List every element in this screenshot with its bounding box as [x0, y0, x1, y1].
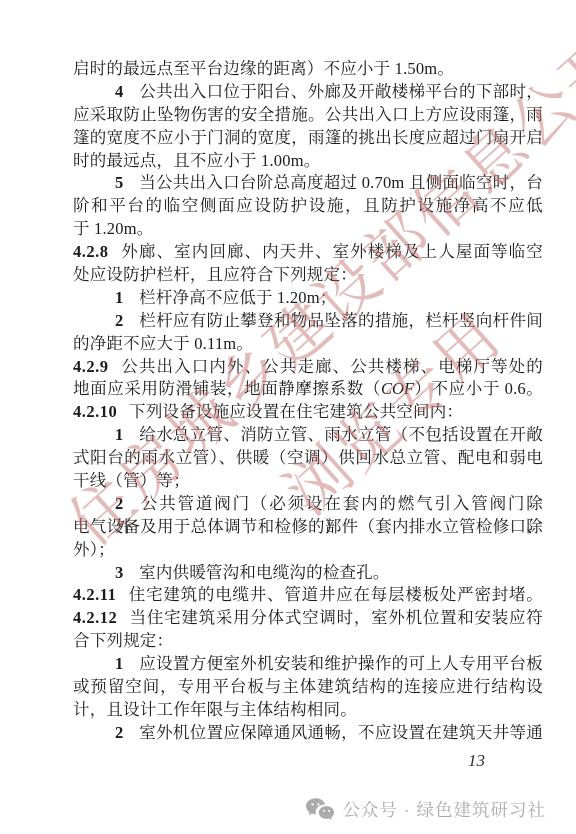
text-line: 1应设置方便室外机安装和维护操作的可上人专用平台板 [73, 653, 543, 676]
text-line: 式阳台的雨水立管）、供暖（空调）供回水总立管、配电和弱电 [73, 447, 543, 470]
text-line: 1给水总立管、消防立管、雨水立管（不包括设置在开敞 [73, 424, 543, 447]
text-line: 4.2.11住宅建筑的电缆井、管道井应在每层楼板处严密封堵。 [73, 584, 543, 607]
clause-number: 4.2.9 [73, 357, 109, 376]
text-line: 3室内供暖管沟和电缆沟的检查孔。 [73, 562, 543, 585]
clause-number: 4.2.11 [73, 585, 116, 604]
text-line: 2公共管道阀门（必须设在套内的燃气引入管阀门除外）、 [73, 493, 543, 516]
text-line: 的净距不应大于 0.11m。 [73, 333, 543, 356]
text-line: 4.2.8外廊、室内回廊、内天井、室外楼梯及上人屋面等临空 [73, 241, 543, 264]
clause-number: 3 [115, 563, 123, 582]
text-line: 外）； [73, 539, 543, 562]
clause-number: 5 [115, 173, 123, 192]
text-line: 计，且设计工作年限与主体结构相同。 [73, 699, 543, 722]
text-line: 4.2.10下列设备设施应设置在住宅建筑公共空间内： [73, 401, 543, 424]
clause-number: 4.2.12 [73, 608, 117, 627]
text-line: 篷的宽度不应小于门洞的宽度，雨篷的挑出长度应超过门扇开启 [73, 127, 543, 150]
clause-number: 4.2.8 [73, 242, 109, 261]
text-line: 处应设防护栏杆，且应符合下列规定： [73, 264, 543, 287]
text-block: 启时的最远点至平台边缘的距离）不应小于 1.50m。4公共出入口位于阳台、外廊及… [73, 58, 543, 745]
footer-label: 公众号 · 绿色建筑研习社 [342, 797, 546, 822]
document-page: 住房城乡建设部信息公开 浏览专用 启时的最远点至平台边缘的距离）不应小于 1.5… [0, 0, 576, 834]
page-number: 13 [468, 751, 485, 771]
text-line: 时的最远点，且不应小于 1.00m。 [73, 150, 543, 173]
text-line: 1栏杆净高不应低于 1.20m； [73, 287, 543, 310]
text-line: 4公共出入口位于阳台、外廊及开敞楼梯平台的下部时， [73, 81, 543, 104]
clause-number: 1 [115, 425, 123, 444]
clause-number: 2 [115, 494, 123, 513]
footer: 公众号 · 绿色建筑研习社 [305, 797, 546, 822]
clause-number: 1 [115, 654, 123, 673]
text-line: 2栏杆应有防止攀登和物品坠落的措施，栏杆竖向杆件间 [73, 310, 543, 333]
clause-number: 4.2.10 [73, 402, 117, 421]
text-line: 合下列规定： [73, 630, 543, 653]
text-line: 电气设备及用于总体调节和检修的部件（套内排水立管检修口除 [73, 516, 543, 539]
text-line: 地面应采用防滑铺装，地面静摩擦系数（COF）不应小于 0.6。 [73, 378, 543, 401]
clause-number: 2 [115, 311, 123, 330]
text-line: 于 1.20m。 [73, 218, 543, 241]
text-line: 4.2.9公共出入口内外、公共走廊、公共楼梯、电梯厅等处的 [73, 356, 543, 379]
text-line: 或预留空间，专用平台板与主体建筑结构的连接应进行结构设 [73, 676, 543, 699]
text-line: 5当公共出入口台阶总高度超过 0.70m 且侧面临空时，台 [73, 172, 543, 195]
clause-number: 2 [115, 723, 123, 742]
text-line: 启时的最远点至平台边缘的距离）不应小于 1.50m。 [73, 58, 543, 81]
clause-number: 1 [115, 288, 123, 307]
text-line: 2室外机位置应保障通风通畅，不应设置在建筑天井等通 [73, 722, 543, 745]
text-line: 应采取防止坠物伤害的安全措施。公共出入口上方应设雨篷，雨 [73, 104, 543, 127]
wechat-icon [305, 797, 335, 822]
text-line: 干线（管）等； [73, 470, 543, 493]
text-line: 阶和平台的临空侧面应设防护设施，且防护设施净高不应低 [73, 195, 543, 218]
clause-number: 4 [115, 82, 123, 101]
text-line: 4.2.12当住宅建筑采用分体式空调时，室外机位置和安装应符 [73, 607, 543, 630]
